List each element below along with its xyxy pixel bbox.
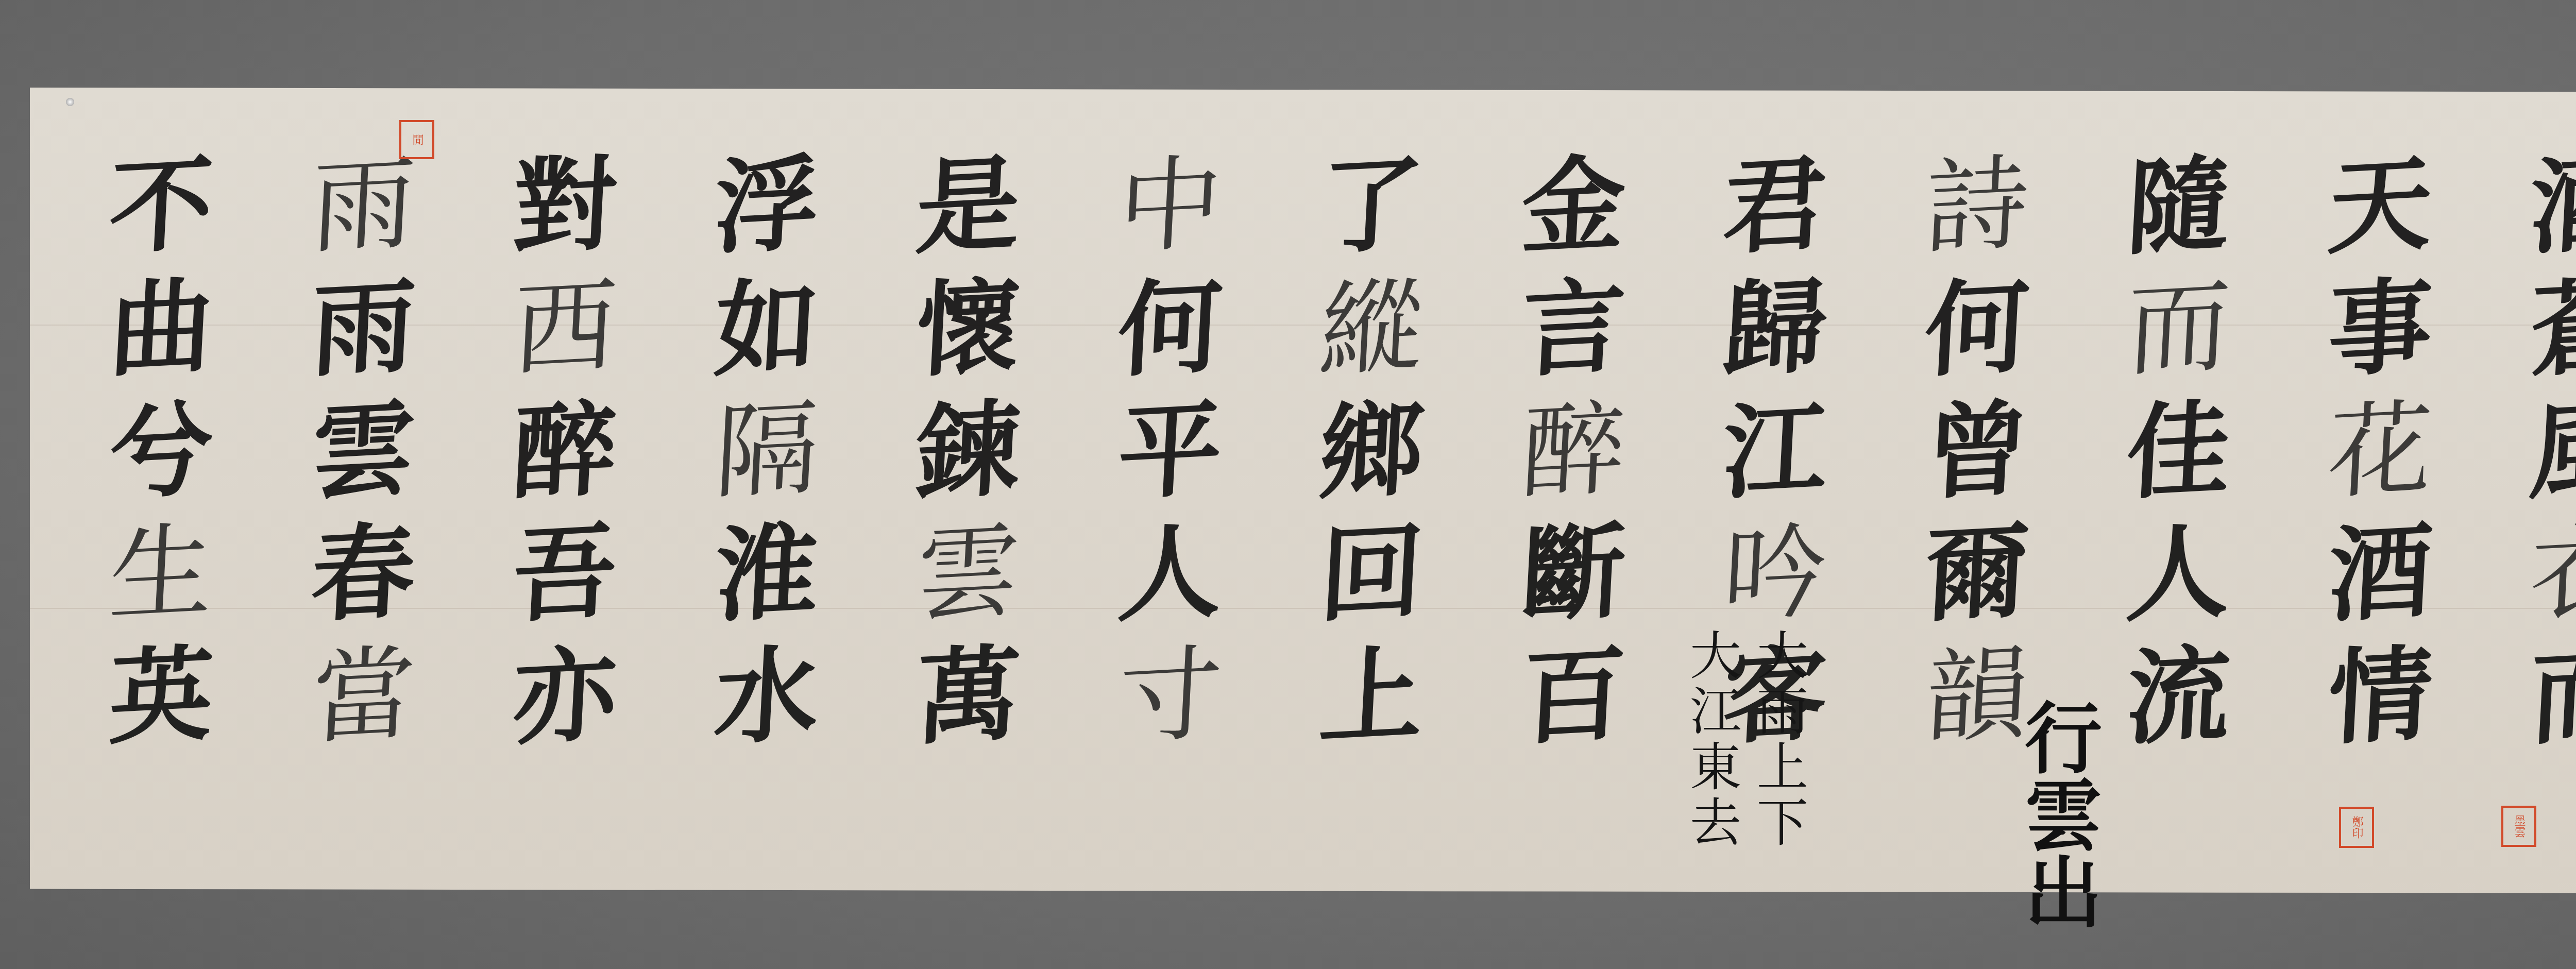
- ink-character: 而: [2527, 637, 2576, 756]
- ink-character: 曲: [107, 269, 216, 388]
- ink-character: 鄉: [1317, 392, 1426, 511]
- calligraphy-column: 金言醉斷百: [1519, 149, 1628, 845]
- ink-character: 西: [510, 269, 619, 388]
- signature-character: 雲: [2025, 778, 2102, 855]
- ink-character: 生: [107, 515, 216, 633]
- ink-character: 亦: [510, 637, 619, 756]
- ink-character: 情: [2326, 637, 2435, 756]
- pin-icon: [66, 98, 74, 106]
- ink-character: 君: [1720, 147, 1829, 265]
- ink-character: 花: [2326, 392, 2435, 511]
- ink-character: 淮: [711, 515, 821, 633]
- signature-character: 行: [2025, 701, 2102, 778]
- ink-character: 隔: [711, 392, 821, 511]
- calligraphy-column: 了縱鄉回上: [1317, 149, 1426, 845]
- ink-character: 而: [2124, 269, 2233, 388]
- calligraphy-scroll: 中夜無何有酒蒼風衣而天事花酒情隨而佳人流詩何曾爾韻君歸江吟客金言醉斷百了縱鄉回上…: [30, 88, 2576, 894]
- inscription-column: 大江東去: [1690, 628, 1741, 851]
- ink-character: 縱: [1317, 269, 1426, 388]
- ink-character: 浮: [711, 147, 821, 265]
- ink-character: 人: [1115, 515, 1224, 633]
- inscription-character: 大: [1690, 628, 1741, 684]
- ink-character: 春: [308, 515, 417, 633]
- calligraphy-column: 雨雨雲春當: [309, 149, 417, 845]
- calligraphy-column: 天事花酒情: [2326, 149, 2434, 845]
- ink-character: 韻: [1922, 637, 2031, 756]
- ink-character: 曾: [1922, 392, 2031, 511]
- red-seal-stamp: 鄭印: [2339, 807, 2374, 848]
- calligraphy-column: 浮如隔淮水: [713, 149, 821, 845]
- signature-character: 出: [2025, 855, 2102, 932]
- ink-character: 寸: [1115, 637, 1224, 756]
- inscription-character: 江: [1690, 684, 1741, 740]
- ink-character: 當: [308, 637, 417, 756]
- ink-character: 歸: [1720, 269, 1829, 388]
- artist-signature: 行雲出: [2025, 701, 2102, 932]
- ink-character: 鍊: [913, 392, 1023, 511]
- ink-character: 不: [107, 147, 216, 265]
- inscription-character: 上: [1757, 740, 1808, 795]
- inscription-character: 雨: [1757, 684, 1808, 740]
- ink-character: 天: [2326, 147, 2435, 265]
- red-seal-stamp: 墨雲: [2501, 806, 2536, 847]
- ink-character: 百: [1519, 637, 1628, 756]
- inscription-character: 下: [1757, 795, 1808, 851]
- ink-character: 醉: [510, 392, 619, 511]
- calligraphy-column: 不曲兮生英: [107, 149, 215, 845]
- ink-character: 人: [2124, 515, 2233, 633]
- inscription-character: 去: [1690, 795, 1741, 851]
- ink-character: 江: [1720, 392, 1829, 511]
- calligraphy-column: 詩何曾爾韻: [1923, 149, 2031, 845]
- calligraphy-column: 隨而佳人流: [2124, 149, 2232, 845]
- ink-character: 中: [1115, 147, 1224, 265]
- ink-character: 雲: [308, 392, 417, 511]
- ink-character: 平: [1115, 392, 1224, 511]
- ink-character: 如: [711, 269, 821, 388]
- ink-character: 萬: [913, 637, 1023, 756]
- ink-character: 流: [2124, 637, 2233, 756]
- calligraphy-columns: 中夜無何有酒蒼風衣而天事花酒情隨而佳人流詩何曾爾韻君歸江吟客金言醉斷百了縱鄉回上…: [107, 149, 2576, 845]
- inscription-column: 大雨上下: [1757, 628, 1808, 851]
- ink-character: 斷: [1519, 515, 1628, 633]
- ink-character: 英: [107, 637, 216, 756]
- ink-character: 上: [1317, 637, 1426, 756]
- red-seal-stamp: 閒: [399, 120, 434, 159]
- inscription-character: 東: [1690, 740, 1741, 795]
- ink-character: 兮: [107, 392, 216, 511]
- ink-character: 詩: [1922, 147, 2031, 265]
- ink-character: 懷: [913, 269, 1023, 388]
- ink-character: 雨: [308, 269, 417, 388]
- calligraphy-column: 是懷鍊雲萬: [914, 149, 1022, 845]
- ink-character: 金: [1519, 147, 1628, 265]
- ink-character: 雲: [913, 515, 1023, 633]
- ink-character: 爾: [1922, 515, 2031, 633]
- ink-character: 何: [1922, 269, 2031, 388]
- calligraphy-column: 對西醉吾亦: [511, 149, 619, 845]
- ink-character: 吟: [1720, 515, 1829, 633]
- ink-character: 醉: [1519, 392, 1628, 511]
- ink-character: 吾: [510, 515, 619, 633]
- ink-character: 言: [1519, 269, 1628, 388]
- calligraphy-column: 中何平人寸: [1116, 149, 1224, 845]
- ink-character: 了: [1317, 147, 1426, 265]
- ink-character: 風: [2527, 392, 2576, 511]
- ink-character: 事: [2326, 269, 2435, 388]
- ink-character: 酒: [2326, 515, 2435, 633]
- ink-character: 回: [1317, 515, 1426, 633]
- ink-character: 佳: [2124, 392, 2233, 511]
- calligraphy-column: 酒蒼風衣而: [2528, 149, 2576, 845]
- ink-character: 雨: [308, 147, 417, 265]
- ink-character: 衣: [2527, 515, 2576, 633]
- ink-character: 水: [711, 637, 821, 756]
- ink-character: 是: [913, 147, 1023, 265]
- ink-character: 何: [1115, 269, 1224, 388]
- inscription-character: 大: [1757, 628, 1808, 684]
- ink-character: 蒼: [2527, 269, 2576, 388]
- ink-character: 隨: [2124, 147, 2233, 265]
- ink-character: 對: [510, 147, 619, 265]
- ink-character: 酒: [2527, 147, 2576, 265]
- inscription: 大雨上下大江東去: [1690, 628, 1808, 851]
